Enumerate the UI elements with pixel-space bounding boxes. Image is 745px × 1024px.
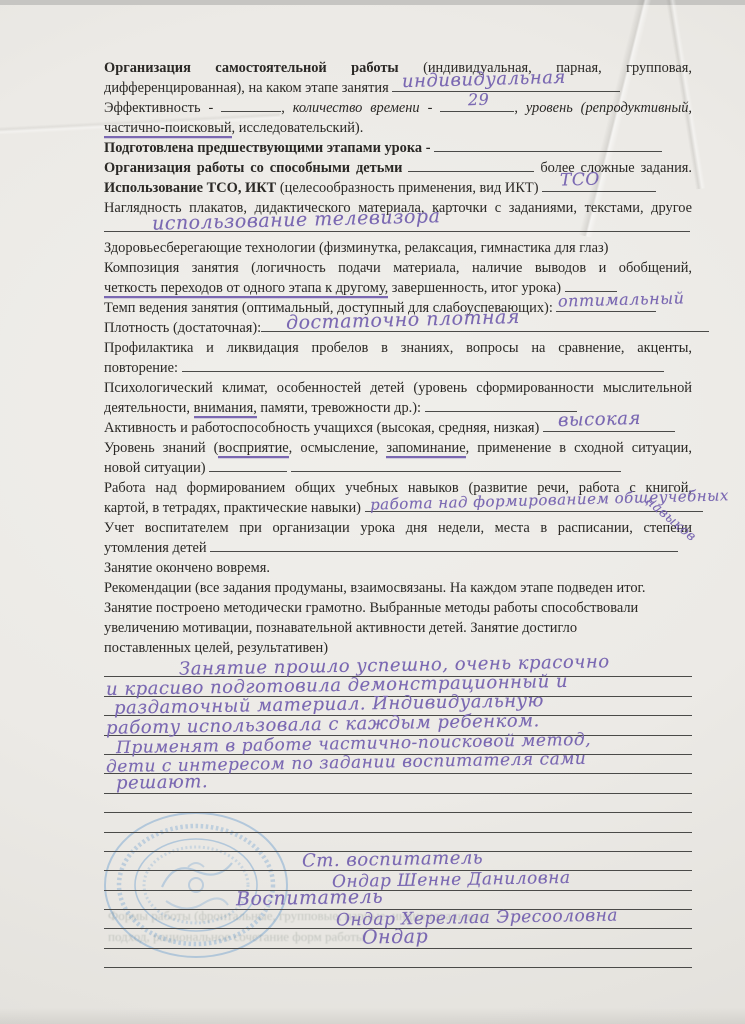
- ruled-line: [104, 794, 692, 813]
- blank-field: [210, 538, 678, 552]
- form-line: Использование ТСО, ИКТ (целесообразность…: [104, 178, 692, 198]
- scan-edge: [0, 0, 745, 5]
- pen-underlined-text: частично-поисковый: [104, 120, 232, 138]
- pen-underlined-text: четкость переходов от одного этапа к дру…: [104, 280, 388, 298]
- form-line: Профилактика и ликвидация пробелов в зна…: [104, 338, 692, 358]
- printed-text: Занятие окончено вовремя.: [104, 560, 270, 576]
- printed-text: Психологический климат, особенностей дет…: [104, 380, 692, 396]
- printed-text: (целесообразность применения, вид ИКТ): [276, 180, 542, 196]
- printed-text: Занятие построено методически грамотно. …: [104, 600, 638, 616]
- printed-text: уровень (репродуктивный,: [526, 100, 692, 116]
- form-line: Плотность (достаточная):достаточно плотн…: [104, 318, 692, 338]
- ruled-line: Ондар Шенне Даниловна: [104, 871, 692, 890]
- form-line: новой ситуации): [104, 458, 692, 478]
- form-line: Занятие окончено вовремя.: [104, 558, 692, 578]
- printed-text: новой ситуации): [104, 460, 209, 476]
- printed-text: Организация работы со способными детьми: [104, 160, 402, 176]
- handwritten-entry: Воспитатель: [236, 886, 383, 911]
- blank-field: высокая: [543, 418, 675, 432]
- ruled-rows: Занятие прошло успешно, очень красочнои …: [104, 658, 692, 968]
- printed-text: , осмысление,: [289, 440, 387, 456]
- blank-field: 29: [440, 98, 514, 112]
- printed-text: Подготовлена предшествующими этапами уро…: [104, 140, 434, 156]
- printed-text: Уровень знаний (: [104, 440, 218, 456]
- printed-text: завершенность, итог урока): [388, 280, 564, 296]
- handwritten-entry: высокая: [558, 409, 641, 431]
- blank-field: ТСО: [542, 178, 656, 192]
- form-line: утомления детей: [104, 538, 692, 558]
- handwritten-entry: Ст. воспитатель: [302, 848, 483, 872]
- form-line: дифференцированная), на каком этапе заня…: [104, 78, 692, 98]
- form-line: частично-поисковый, исследовательский).: [104, 118, 692, 138]
- form-line: Эффективность - , количество времени - 2…: [104, 98, 692, 118]
- blank-field: [425, 398, 577, 412]
- ruled-line: Ондар: [104, 929, 692, 948]
- form-line: Уровень знаний (восприятие, осмысление, …: [104, 438, 692, 458]
- printed-text: утомления детей: [104, 540, 210, 556]
- printed-text: , исследовательский).: [232, 120, 364, 136]
- printed-text: Рекомендации (все задания продуманы, вза…: [104, 580, 645, 596]
- form-line: увеличению мотивации, познавательной акт…: [104, 618, 692, 638]
- handwritten-entry: Ондар: [362, 925, 428, 948]
- printed-text: Активность и работоспособность учащихся …: [104, 420, 543, 436]
- pen-underlined-text: запоминание: [386, 440, 465, 458]
- blank-field: [434, 138, 662, 152]
- printed-text: Профилактика и ликвидация пробелов в зна…: [104, 340, 692, 356]
- printed-text: Композиция занятия (логичность подачи ма…: [104, 260, 692, 276]
- printed-text: , применение в сходной ситуации,: [466, 440, 692, 456]
- printed-text: количество времени: [293, 100, 420, 116]
- blank-field: [291, 458, 621, 472]
- handwritten-entry: оптимальный: [558, 288, 685, 311]
- form-line: Здоровьесберегающие технологии (физминут…: [104, 238, 692, 258]
- form-line: Учет воспитателем при организации урока …: [104, 518, 692, 538]
- printed-lines: Организация самостоятельной работы (инди…: [104, 58, 692, 658]
- form-line: Рекомендации (все задания продуманы, вза…: [104, 578, 692, 598]
- blank-field: [209, 458, 287, 472]
- printed-text: Плотность (достаточная):: [104, 320, 261, 336]
- printed-text: картой, в тетрадях, практические навыки): [104, 500, 365, 516]
- form-line: картой, в тетрадях, практические навыки)…: [104, 498, 692, 518]
- printed-text: Здоровьесберегающие технологии (физминут…: [104, 240, 608, 256]
- ruled-line: [104, 949, 692, 968]
- ruled-line: [104, 813, 692, 832]
- form-line: Организация работы со способными детьми …: [104, 158, 692, 178]
- printed-text: -: [420, 100, 441, 116]
- form-line: использование телевизора: [104, 218, 692, 238]
- blank-field: [182, 358, 664, 372]
- printed-text: увеличению мотивации, познавательной акт…: [104, 620, 577, 636]
- form-line: Занятие построено методически грамотно. …: [104, 598, 692, 618]
- handwritten-entry: решают.: [116, 771, 208, 794]
- printed-text: Использование ТСО, ИКТ: [104, 180, 276, 196]
- printed-text: повторение:: [104, 360, 182, 376]
- form-line: Организация самостоятельной работы (инди…: [104, 58, 692, 78]
- printed-text: памяти, тревожности др.):: [257, 400, 425, 416]
- form-line: Активность и работоспособность учащихся …: [104, 418, 692, 438]
- printed-text: более сложные задания.: [534, 160, 692, 176]
- handwritten-entry: достаточно плотная: [286, 307, 520, 333]
- form-line: Композиция занятия (логичность подачи ма…: [104, 258, 692, 278]
- printed-text: Организация самостоятельной работы: [104, 60, 399, 76]
- printed-text: Учет воспитателем при организации урока …: [104, 520, 692, 536]
- handwritten-entry: индивидуальная: [402, 68, 566, 92]
- blank-field: [221, 98, 281, 112]
- printed-text: ,: [281, 100, 293, 116]
- form-line: повторение:: [104, 358, 692, 378]
- scan-shadow: [0, 1008, 745, 1024]
- form-line: Психологический климат, особенностей дет…: [104, 378, 692, 398]
- handwritten-entry: 29: [468, 90, 490, 111]
- handwritten-entry: ТСО: [560, 169, 600, 190]
- blank-field: оптимальный: [556, 298, 656, 312]
- ruled-line: решают.: [104, 774, 692, 793]
- blank-field: достаточно плотная: [261, 318, 709, 332]
- blank-field: использование телевизора: [104, 218, 690, 232]
- form-line: Подготовлена предшествующими этапами уро…: [104, 138, 692, 158]
- printed-text: деятельности,: [104, 400, 194, 416]
- printed-text: Эффективность -: [104, 100, 221, 116]
- scanned-document-page: { "document": { "kind": "Рукописно запол…: [0, 0, 745, 1024]
- blank-field: индивидуальная: [392, 78, 620, 92]
- printed-text: ,: [514, 100, 526, 116]
- printed-text: дифференцированная), на каком этапе заня…: [104, 80, 392, 96]
- pen-underlined-text: восприятие: [218, 440, 288, 458]
- ruled-line: Ст. воспитатель: [104, 852, 692, 871]
- blank-field: [408, 158, 534, 172]
- printed-text: поставленных целей, результативен): [104, 640, 328, 656]
- pen-underlined-text: внимания,: [194, 400, 257, 418]
